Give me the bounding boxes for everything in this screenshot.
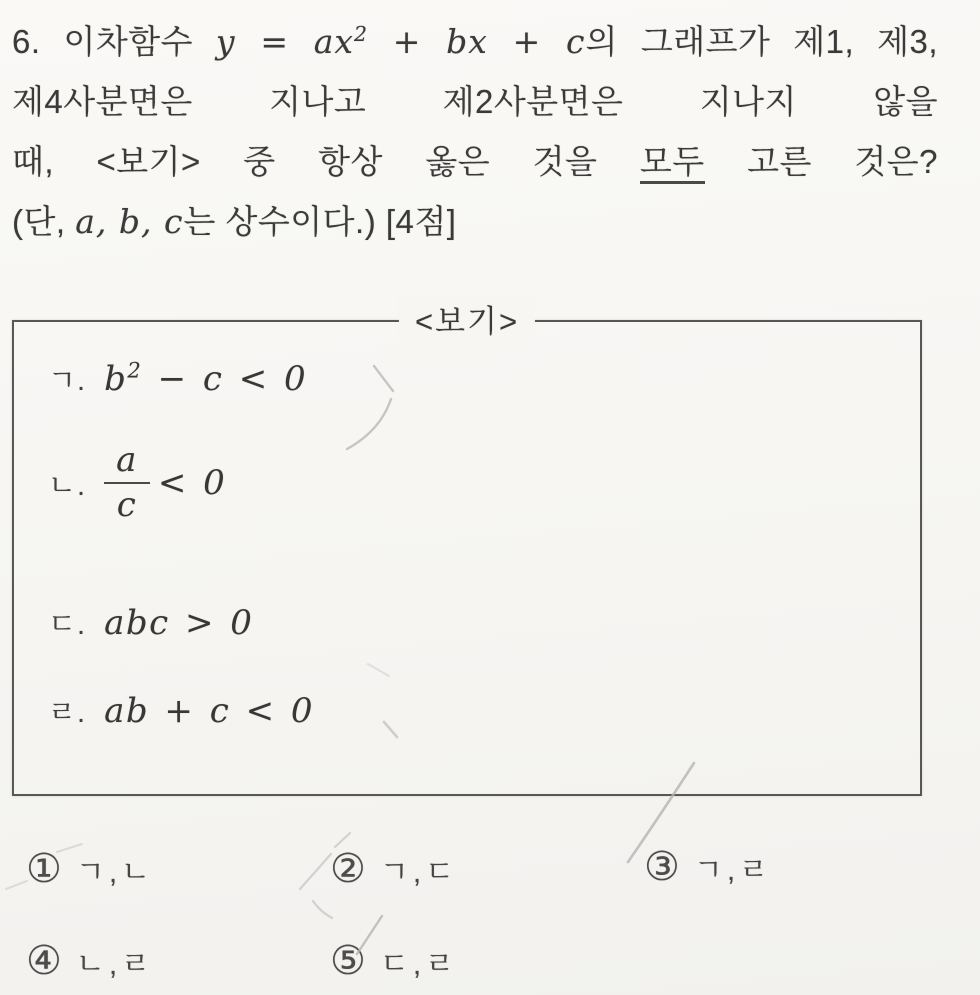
choice-number: ① xyxy=(26,846,62,892)
fraction: a c xyxy=(104,442,150,525)
question-after-formula: 의 그래프가 제1, 제3, xyxy=(586,23,938,60)
exam-page: { "question": { "number": "6.", "intro":… xyxy=(0,0,980,995)
choice-4[interactable]: ④ ㄴ,ㄹ xyxy=(26,938,154,984)
question-line-4: (단, a, b, c는 상수이다.) [4점] xyxy=(12,192,938,252)
item-label: ㄷ. xyxy=(48,602,86,643)
choice-number: ③ xyxy=(644,844,680,890)
bogi-item-nieun: ㄴ. a c < 0 xyxy=(48,442,226,525)
item-expression: abc > 0 xyxy=(104,603,253,643)
condition-suffix: 는 상수이다.) [4점] xyxy=(183,203,456,240)
item-label: ㄹ. xyxy=(48,690,86,731)
condition-variables: a, b, c xyxy=(75,202,183,241)
choice-text: ㄱ,ㄷ xyxy=(380,847,458,891)
choice-2[interactable]: ② ㄱ,ㄷ xyxy=(330,846,458,892)
item-label: ㄴ. xyxy=(48,463,86,504)
line3-underlined-word: 모두 xyxy=(640,143,705,184)
bogi-item-digeut: ㄷ. abc > 0 xyxy=(48,602,253,643)
condition-prefix: (단, xyxy=(12,203,66,240)
expr-exponent: 2 xyxy=(127,357,142,382)
bogi-title: <보기> xyxy=(399,296,535,341)
choice-text: ㄱ,ㄴ xyxy=(76,847,154,891)
choice-3[interactable]: ③ ㄱ,ㄹ xyxy=(644,844,772,890)
choice-text: ㄴ,ㄹ xyxy=(76,939,154,983)
choice-number: ⑤ xyxy=(330,938,366,984)
choice-1[interactable]: ① ㄱ,ㄴ xyxy=(26,846,154,892)
choice-number: ② xyxy=(330,846,366,892)
quadratic-formula: y = ax2 + bx + c xyxy=(216,22,586,61)
bogi-box: <보기> ㄱ. b2 − c < 0 ㄴ. a c < 0 ㄷ. abc > 0… xyxy=(12,320,922,796)
line3-suffix: 고른 것은? xyxy=(747,143,938,180)
question-line-1: 6. 이차함수 y = ax2 + bx + c의 그래프가 제1, 제3, xyxy=(12,12,938,72)
question-line-2: 제4사분면은 지나고 제2사분면은 지나지 않을 xyxy=(12,72,938,132)
choice-text: ㄷ,ㄹ xyxy=(380,939,458,983)
question-line-3: 때, <보기> 중 항상 옳은 것을 모두 고른 것은? xyxy=(12,132,938,192)
item-label: ㄱ. xyxy=(48,358,86,399)
expr-rest: − c < 0 xyxy=(142,359,307,399)
formula-head: y = ax xyxy=(216,22,354,61)
choice-5[interactable]: ⑤ ㄷ,ㄹ xyxy=(330,938,458,984)
fraction-numerator: a xyxy=(104,442,150,484)
formula-exponent: 2 xyxy=(354,22,368,46)
choice-text: ㄱ,ㄹ xyxy=(694,845,772,889)
bogi-item-giyeok: ㄱ. b2 − c < 0 xyxy=(48,358,307,399)
item-expression: b2 − c < 0 xyxy=(104,359,307,399)
expr-base: b xyxy=(104,359,127,399)
choice-number: ④ xyxy=(26,938,62,984)
question-number: 6. xyxy=(12,23,41,60)
line3-prefix: 때, <보기> 중 항상 옳은 것을 xyxy=(12,143,597,180)
expr-rest: < 0 xyxy=(158,463,226,503)
item-expression: a c < 0 xyxy=(104,442,226,525)
formula-tail: + bx + c xyxy=(368,22,586,61)
item-expression: ab + c < 0 xyxy=(104,691,314,731)
fraction-denominator: c xyxy=(117,484,138,524)
answer-choices: ① ㄱ,ㄴ ② ㄱ,ㄷ ③ ㄱ,ㄹ ④ ㄴ,ㄹ ⑤ ㄷ,ㄹ xyxy=(12,844,938,986)
question-intro: 이차함수 xyxy=(63,23,193,60)
bogi-item-rieul: ㄹ. ab + c < 0 xyxy=(48,690,314,731)
